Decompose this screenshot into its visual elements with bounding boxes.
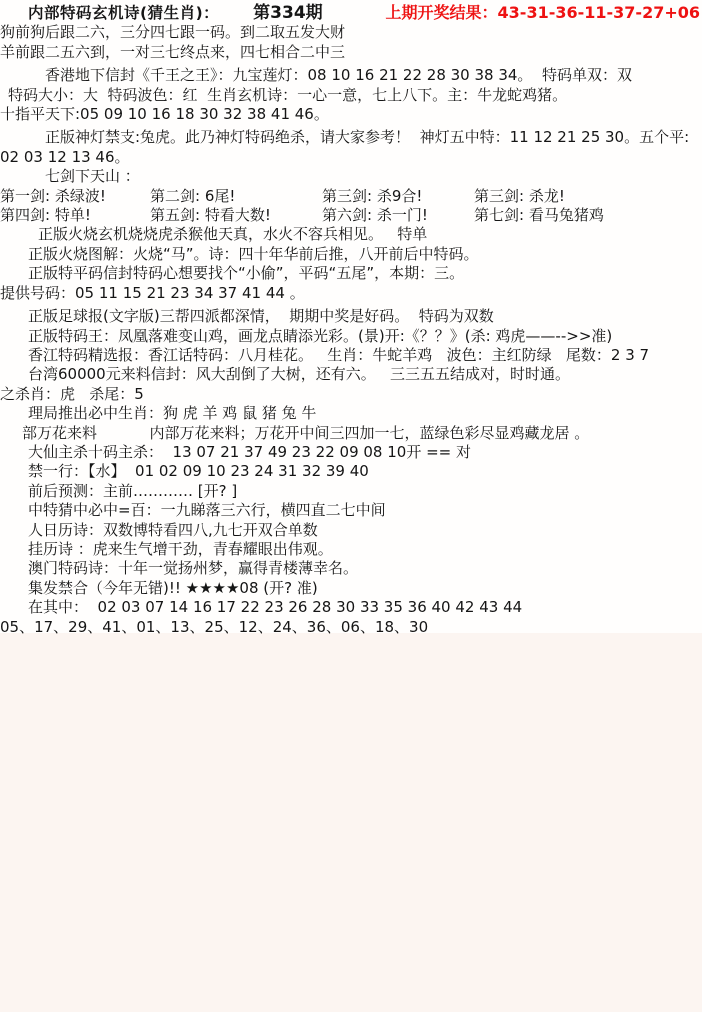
line-jifa-jinhe: 集发禁合（今年无错)!! ★★★★08 (开? 准): [0, 579, 702, 598]
line-shaxiao-shawei: 之杀肖：虎 杀尾：5: [0, 385, 702, 404]
issue-number: 第334期: [253, 4, 323, 23]
line-renri-lishi: 人日历诗：双数博特看四八,九七开双合单数: [0, 521, 702, 540]
line-bottom-numbers: 05、17、29、41、01、13、25、12、24、36、06、18、30: [0, 618, 702, 637]
line-shendeng-jinzhi: 正版神灯禁支:兔虎。此乃神灯特码绝杀，请大家参考！ 神灯五中特：11 12 21…: [0, 128, 702, 147]
sword-3: 第三剑: 杀9合!: [322, 187, 474, 206]
last-draw-label: 上期开奖结果：: [386, 3, 498, 22]
sword-4: 第四剑: 特单!: [0, 206, 150, 225]
line-huoshao-tujie: 正版火烧图解：火烧“马”。诗：四十年华前后推，八开前后中特码。: [0, 245, 702, 264]
header-row: 内部特码玄机诗(猜生肖)： 第334期 上期开奖结果：43-31-36-11-3…: [0, 3, 702, 23]
page-title: 内部特码玄机诗(猜生肖)：: [28, 4, 219, 23]
line-hk-envelope: 香港地下信封《千王之王》：九宝莲灯：08 10 16 21 22 28 30 3…: [0, 66, 702, 85]
line-temawang: 正版特码王：凤凰落难变山鸡，画龙点睛添光彩。(景)开:《？？》(杀: 鸡虎——-…: [0, 327, 702, 346]
sword-row-2: 第四剑: 特单! 第五剑: 特看大数! 第六剑: 杀一门! 第七剑: 看马兔猪鸡: [0, 206, 702, 225]
line-zhongte-caizhong: 中特猜中必中=百：一九睇落三六行，横四直二七中间: [0, 501, 702, 520]
line-daxian-shama: 大仙主杀十码主杀： 13 07 21 37 49 23 22 09 08 10开…: [0, 443, 702, 462]
sword-7: 第七剑: 看马兔猪鸡: [474, 206, 702, 225]
line-tema-size-color: 特码大小：大 特码波色：红 生肖玄机诗：一心一意，七上八下。主：牛龙蛇鸡猪。: [0, 86, 702, 105]
sword-row-1: 第一剑: 杀绿波! 第二剑: 6尾! 第三剑: 杀9合! 第三剑: 杀龙!: [0, 187, 702, 206]
line-jinyihang: 禁一行：【水】 01 02 09 10 23 24 31 32 39 40: [0, 462, 702, 481]
zodiac-poem-line-1: 狗前狗后跟二六，三分四七跟一码。到二取五发大财: [0, 23, 702, 42]
line-qianhou-yuce: 前后预测：主前………… [开? ]: [0, 482, 702, 501]
line-shizhi-pingtianxia: 十指平天下:05 09 10 16 18 30 32 38 41 46。: [0, 105, 702, 124]
document-content: 内部特码玄机诗(猜生肖)： 第334期 上期开奖结果：43-31-36-11-3…: [0, 0, 702, 637]
page-bottom-tint: [0, 633, 702, 1012]
line-zuqiubao: 正版足球报(文字版)三帮四派都深情， 期期中奖是好码。 特码为双数: [0, 307, 702, 326]
line-liju-shengxiao: 理局推出必中生肖：狗 虎 羊 鸡 鼠 猪 兔 牛: [0, 404, 702, 423]
line-xiangjiang-report: 香江特码精选报：香江话特码：八月桂花。 生肖：牛蛇羊鸡 波色：主红防绿 尾数：2…: [0, 346, 702, 365]
line-aomen-temashi: 澳门特码诗：十年一觉扬州梦，赢得青楼薄幸名。: [0, 559, 702, 578]
sword-6: 第六剑: 杀一门!: [322, 206, 474, 225]
line-huoshao-xuanji: 正版火烧玄机烧烧虎杀猴他天真，水火不容兵相见。 特单: [0, 225, 702, 244]
zodiac-poem-line-2: 羊前跟二五六到，一对三七终点来，四七相合二中三: [0, 43, 702, 62]
lottery-tip-sheet: 内部特码玄机诗(猜生肖)： 第334期 上期开奖结果：43-31-36-11-3…: [0, 0, 702, 1012]
sword-2: 第二剑: 6尾!: [150, 187, 322, 206]
line-qijian-title: 七剑下天山 ：: [0, 167, 702, 186]
sword-1: 第一剑: 杀绿波!: [0, 187, 150, 206]
line-teping-envelope: 正版特平码信封特码心想要找个“小偷”，平码“五尾”，本期：三。: [0, 264, 702, 283]
sword-3b: 第三剑: 杀龙!: [474, 187, 702, 206]
line-tigong-numbers: 提供号码：05 11 15 21 23 34 37 41 44 。: [0, 284, 702, 303]
line-taiwan-envelope: 台湾60000元来料信封：风大刮倒了大树，还有六。 三三五五结成对，时时通。: [0, 365, 702, 384]
line-zaiqizhong-numbers: 在其中： 02 03 07 14 16 17 22 23 26 28 30 33…: [0, 598, 702, 617]
line-shendeng-numbers: 02 03 12 13 46。: [0, 148, 702, 167]
line-guali-shi: 挂历诗 ：虎来生气增干劲，青春耀眼出伟观。: [0, 540, 702, 559]
line-wanhua-lailiao: 部万花来料 内部万花来料；万花开中间三四加一七，蓝绿色彩尽显鸡藏龙居 。: [0, 424, 702, 443]
last-draw-result: 上期开奖结果：43-31-36-11-37-27+06: [386, 3, 702, 22]
last-draw-numbers: 43-31-36-11-37-27+06: [498, 3, 700, 22]
sword-5: 第五剑: 特看大数!: [150, 206, 322, 225]
